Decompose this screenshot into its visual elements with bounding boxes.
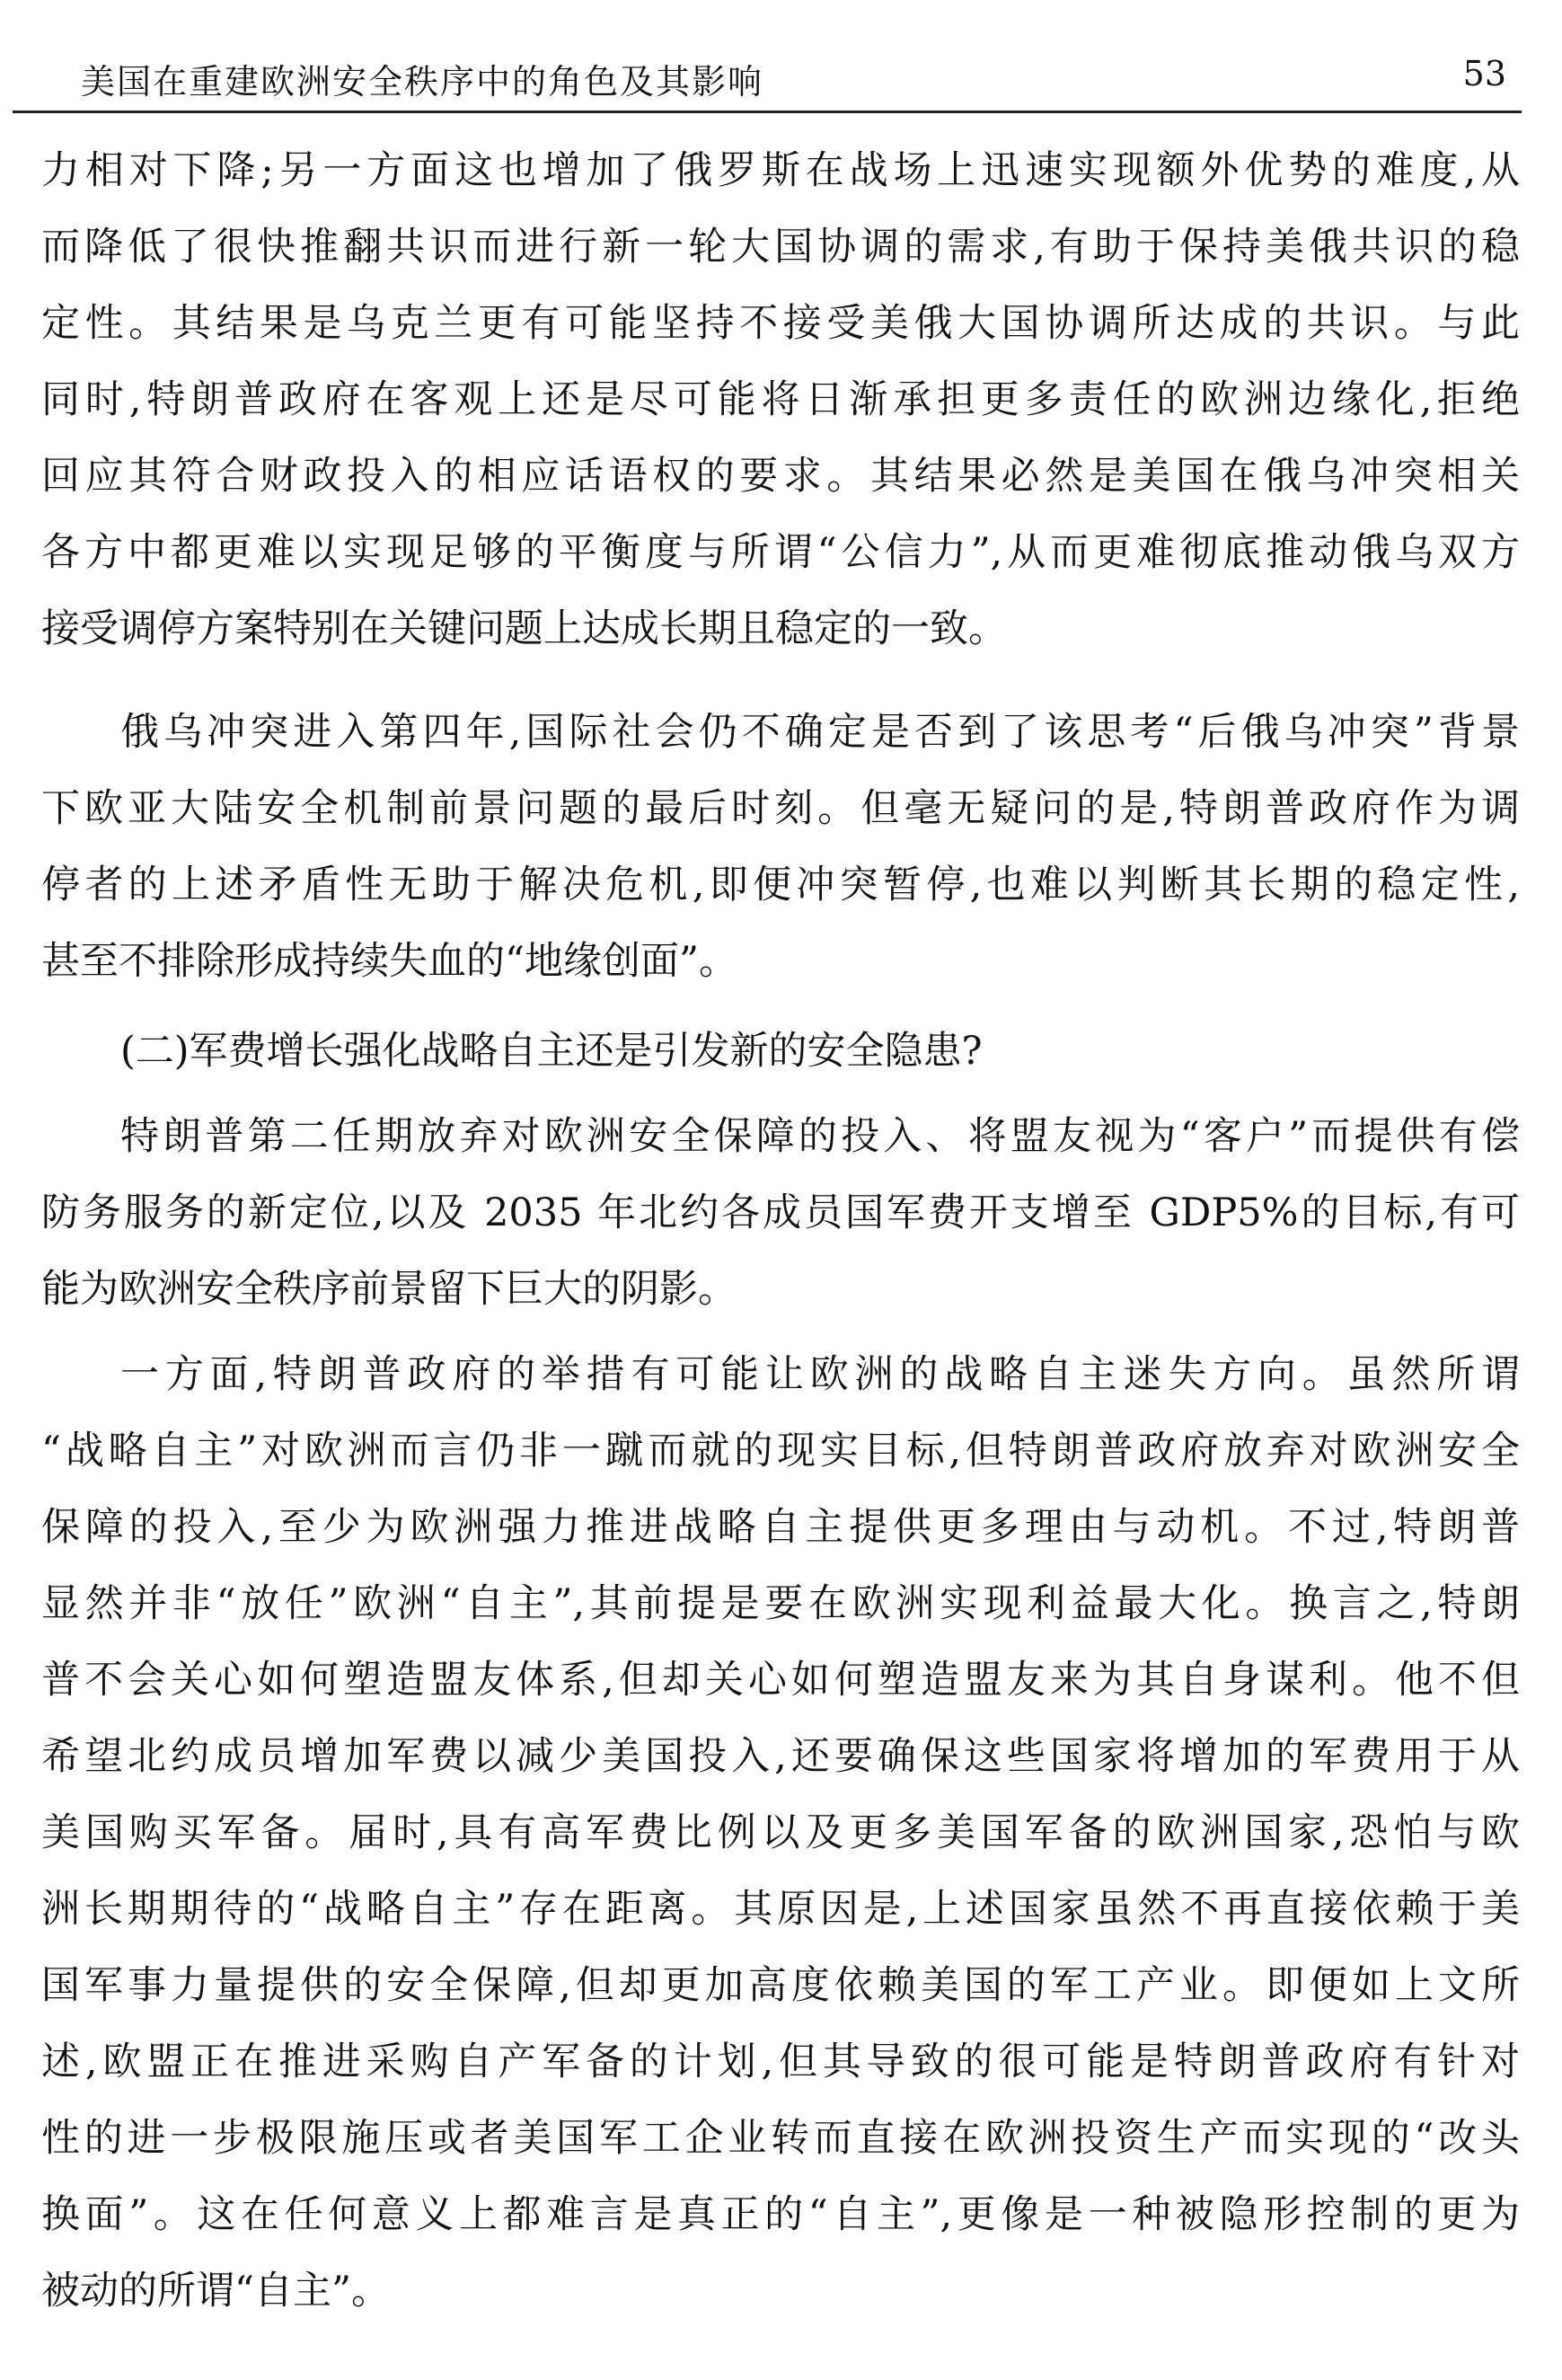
text-line: 同时,特朗普政府在客观上还是尽可能将日渐承担更多责任的欧洲边缘化,拒绝 xyxy=(41,373,1520,427)
text-line: 停者的上述矛盾性无助于解决危机,即便冲突暂停,也难以判断其长期的稳定性, xyxy=(41,858,1520,912)
text-line: 各方中都更难以实现足够的平衡度与所谓“公信力”,从而更难彻底推动俄乌双方 xyxy=(41,526,1520,580)
running-header: 美国在重建欧洲安全秩序中的角色及其影响 53 xyxy=(45,45,1522,110)
text-line: 保障的投入,至少为欧洲强力推进战略自主提供更多理由与动机。不过,特朗普 xyxy=(41,1500,1520,1554)
header-rule xyxy=(13,111,1522,113)
text-line: 甚至不排除形成持续失血的“地缘创面”。 xyxy=(41,934,1520,988)
text-line: 洲长期期待的“战略自主”存在距离。其原因是,上述国家虽然不再直接依赖于美 xyxy=(41,1882,1520,1936)
text-line: 希望北约成员增加军费以减少美国投入,还要确保这些国家将增加的军费用于从 xyxy=(41,1730,1520,1783)
text-line: “战略自主”对欧洲而言仍非一蹴而就的现实目标,但特朗普政府放弃对欧洲安全 xyxy=(41,1424,1520,1478)
text-line: 回应其符合财政投入的相应话语权的要求。其结果必然是美国在俄乌冲突相关 xyxy=(41,449,1520,503)
text-line: 定性。其结果是乌克兰更有可能坚持不接受美俄大国协调所达成的共识。与此 xyxy=(41,296,1520,350)
text-line: 性的进一步极限施压或者美国军工企业转而直接在欧洲投资生产而实现的“改头 xyxy=(41,2111,1520,2165)
text-line: 特朗普第二任期放弃对欧洲安全保障的投入、将盟友视为“客户”而提供有偿 xyxy=(120,1110,1520,1163)
text-line: 防务服务的新定位,以及 2035 年北约各成员国军费开支增至 GDP5%的目标,… xyxy=(41,1186,1520,1240)
text-line: 下欧亚大陆安全机制前景问题的最后时刻。但毫无疑问的是,特朗普政府作为调 xyxy=(41,782,1520,836)
text-line: 接受调停方案特别在关键问题上达成长期且稳定的一致。 xyxy=(41,602,1520,656)
page-number: 53 xyxy=(1463,54,1506,93)
text-line: 俄乌冲突进入第四年,国际社会仍不确定是否到了该思考“后俄乌冲突”背景 xyxy=(120,705,1520,759)
text-line: 而降低了很快推翻共识而进行新一轮大国协调的需求,有助于保持美俄共识的稳 xyxy=(41,220,1520,274)
text-line: 换面”。这在任何意义上都难言是真正的“自主”,更像是一种被隐形控制的更为 xyxy=(41,2188,1520,2242)
text-line: 被动的所谓“自主”。 xyxy=(41,2264,1520,2318)
section-subheading: (二)军费增长强化战略自主还是引发新的安全隐患? xyxy=(120,1024,1520,1078)
running-title: 美国在重建欧洲安全秩序中的角色及其影响 xyxy=(81,54,763,103)
text-line: 国军事力量提供的安全保障,但却更加高度依赖美国的军工产业。即便如上文所 xyxy=(41,1959,1520,2013)
text-line: 显然并非“放任”欧洲“自主”,其前提是要在欧洲实现利益最大化。换言之,特朗 xyxy=(41,1577,1520,1631)
text-line: 述,欧盟正在推进采购自产军备的计划,但其导致的很可能是特朗普政府有针对 xyxy=(41,2035,1520,2089)
text-line: 力相对下降;另一方面这也增加了俄罗斯在战场上迅速实现额外优势的难度,从 xyxy=(41,144,1520,198)
text-line: 美国购买军备。届时,具有高军费比例以及更多美国军备的欧洲国家,恐怕与欧 xyxy=(41,1806,1520,1860)
text-line: 一方面,特朗普政府的举措有可能让欧洲的战略自主迷失方向。虽然所谓 xyxy=(120,1348,1520,1402)
text-line: 能为欧洲安全秩序前景留下巨大的阴影。 xyxy=(41,1262,1520,1316)
text-line: 普不会关心如何塑造盟友体系,但却关心如何塑造盟友来为其自身谋利。他不但 xyxy=(41,1653,1520,1707)
